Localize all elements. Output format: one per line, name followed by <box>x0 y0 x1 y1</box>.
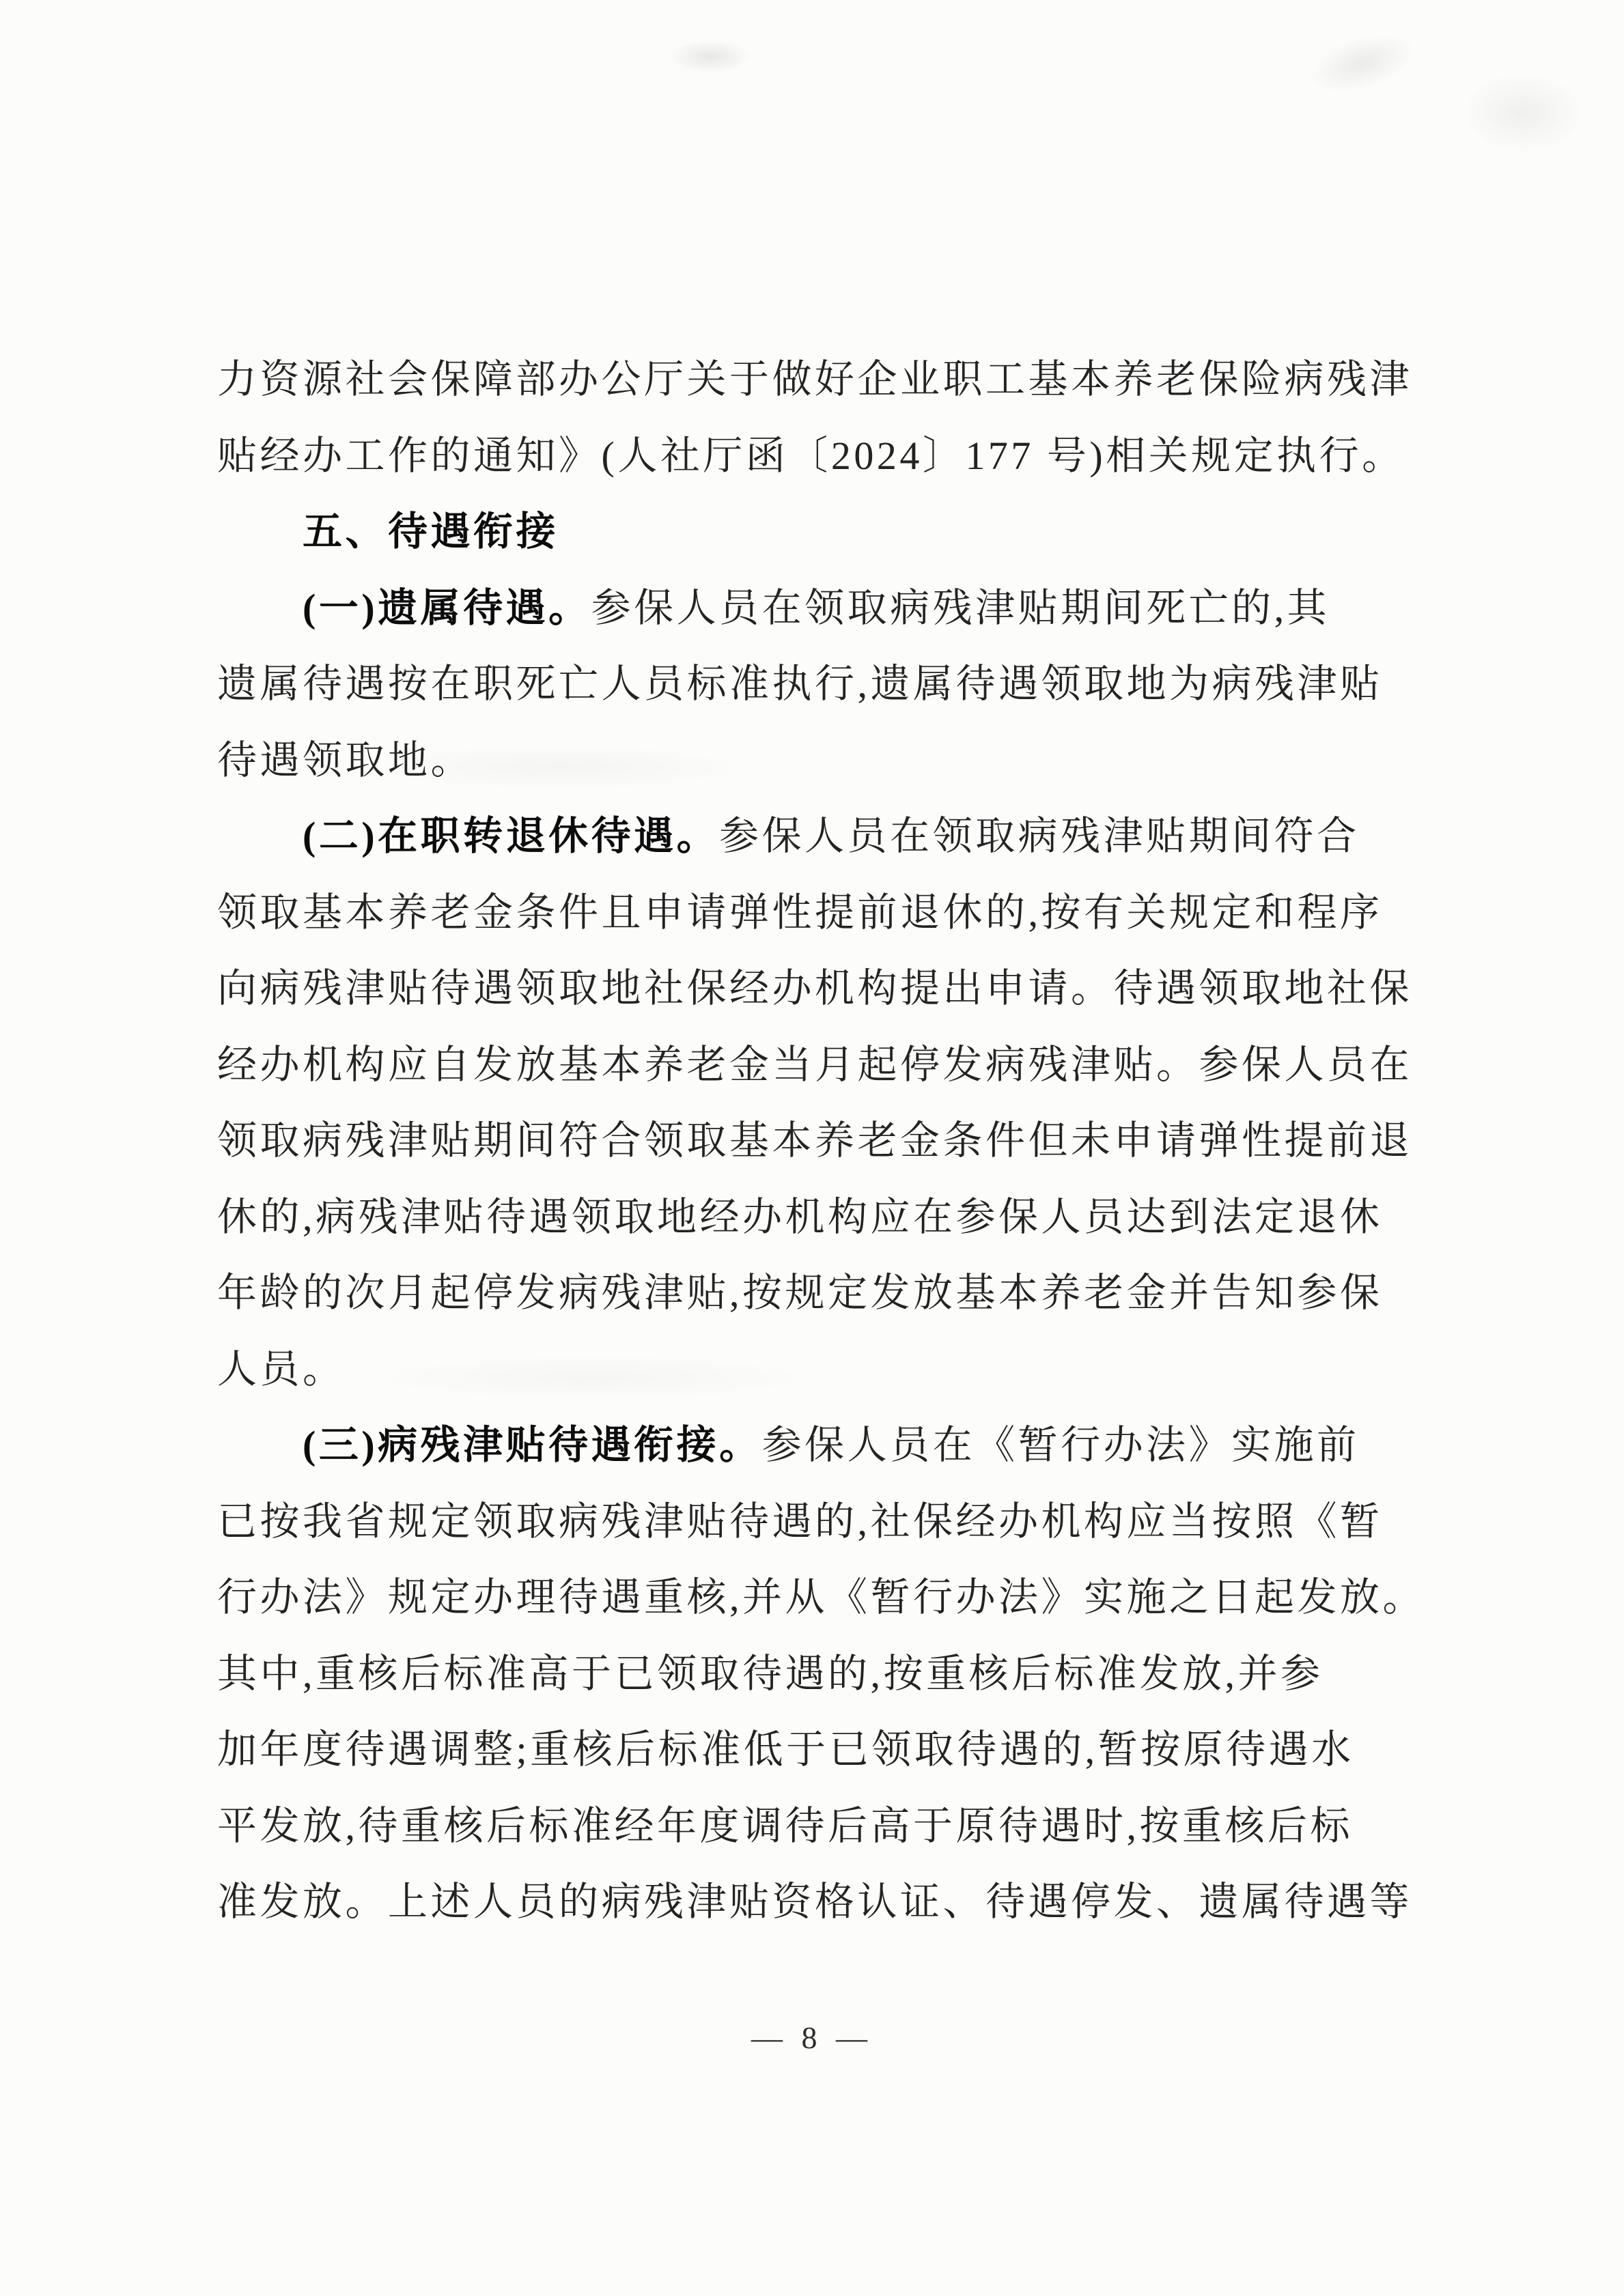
text-line: (三)病残津贴待遇衔接。参保人员在《暂行办法》实施前 <box>217 1407 1440 1484</box>
text-line: 平发放,待重核后标准经年度调待后高于原待遇时,按重核后标 <box>217 1788 1440 1865</box>
text-segment: 参保人员在领取病残津贴期间死亡的,其 <box>591 586 1330 630</box>
text-line: 休的,病残津贴待遇领取地经办机构应在参保人员达到法定退休 <box>217 1179 1440 1256</box>
text-segment: 待遇领取地。 <box>217 738 473 782</box>
text-segment: 加年度待遇调整;重核后标准低于已领取待遇的,暂按原待遇水 <box>217 1727 1354 1772</box>
text-segment: 遗属待遇按在职死亡人员标准执行,遗属待遇领取地为病残津贴 <box>217 662 1383 706</box>
text-line: 人员。 <box>217 1331 1440 1408</box>
text-line: 向病残津贴待遇领取地社保经办机构提出申请。待遇领取地社保 <box>217 950 1440 1027</box>
text-line: 年龄的次月起停发病残津贴,按规定发放基本养老金并告知参保 <box>217 1255 1440 1331</box>
heading-segment: (二)在职转退休待遇。 <box>303 814 719 858</box>
text-segment: 行办法》规定办理待遇重核,并从《暂行办法》实施之日起发放。 <box>217 1575 1425 1619</box>
text-line: 待遇领取地。 <box>217 722 1440 799</box>
text-segment: 领取病残津贴期间符合领取基本养老金条件但未申请弹性提前退 <box>217 1118 1412 1163</box>
text-segment: 经办机构应自发放基本养老金当月起停发病残津贴。参保人员在 <box>217 1043 1412 1087</box>
text-line: 领取基本养老金条件且申请弹性提前退休的,按有关规定和程序 <box>217 875 1440 951</box>
text-segment: 平发放,待重核后标准经年度调待后高于原待遇时,按重核后标 <box>217 1804 1353 1848</box>
text-line: (二)在职转退休待遇。参保人员在领取病残津贴期间符合 <box>217 798 1440 875</box>
text-segment: 向病残津贴待遇领取地社保经办机构提出申请。待遇领取地社保 <box>217 966 1412 1010</box>
text-line: 行办法》规定办理待遇重核,并从《暂行办法》实施之日起发放。 <box>217 1559 1440 1636</box>
scan-artifact <box>669 40 751 74</box>
text-line: 准发放。上述人员的病残津贴资格认证、待遇停发、遗属待遇等 <box>217 1864 1440 1940</box>
text-segment: 休的,病残津贴待遇领取地经办机构应在参保人员达到法定退休 <box>217 1195 1383 1239</box>
scan-artifact <box>1461 72 1584 154</box>
text-segment: 贴经办工作的通知》(人社厅函〔2024〕177 号)相关规定执行。 <box>217 434 1405 478</box>
text-line: (一)遗属待遇。参保人员在领取病残津贴期间死亡的,其 <box>217 570 1440 647</box>
text-line: 已按我省规定领取病残津贴待遇的,社保经办机构应当按照《暂 <box>217 1484 1440 1560</box>
text-segment: 年龄的次月起停发病残津贴,按规定发放基本养老金并告知参保 <box>217 1271 1383 1315</box>
document-lines: 力资源社会保障部办公厅关于做好企业职工基本养老保险病残津贴经办工作的通知》(人社… <box>217 341 1440 1940</box>
text-line: 贴经办工作的通知》(人社厅函〔2024〕177 号)相关规定执行。 <box>217 418 1440 494</box>
heading-segment: (一)遗属待遇。 <box>303 586 591 630</box>
heading-segment: 五、待遇衔接 <box>303 509 559 554</box>
heading-segment: (三)病残津贴待遇衔接。 <box>303 1423 762 1467</box>
text-line: 领取病残津贴期间符合领取基本养老金条件但未申请弹性提前退 <box>217 1103 1440 1179</box>
text-line: 其中,重核后标准高于已领取待遇的,按重核后标准发放,并参 <box>217 1636 1440 1712</box>
text-segment: 已按我省规定领取病残津贴待遇的,社保经办机构应当按照《暂 <box>217 1499 1383 1544</box>
text-segment: 领取基本养老金条件且申请弹性提前退休的,按有关规定和程序 <box>217 890 1383 935</box>
text-segment: 其中,重核后标准高于已领取待遇的,按重核后标准发放,并参 <box>217 1652 1324 1696</box>
text-line: 经办机构应自发放基本养老金当月起停发病残津贴。参保人员在 <box>217 1027 1440 1103</box>
text-segment: 准发放。上述人员的病残津贴资格认证、待遇停发、遗属待遇等 <box>217 1880 1412 1924</box>
page-number: — 8 — <box>0 2004 1624 2072</box>
text-line: 遗属待遇按在职死亡人员标准执行,遗属待遇领取地为病残津贴 <box>217 646 1440 722</box>
text-segment: 人员。 <box>217 1347 346 1391</box>
text-line: 加年度待遇调整;重核后标准低于已领取待遇的,暂按原待遇水 <box>217 1712 1440 1788</box>
text-segment: 力资源社会保障部办公厅关于做好企业职工基本养老保险病残津 <box>217 357 1412 401</box>
text-segment: 参保人员在《暂行办法》实施前 <box>762 1423 1360 1467</box>
scanned-document-page: 力资源社会保障部办公厅关于做好企业职工基本养老保险病残津贴经办工作的通知》(人社… <box>0 0 1624 2296</box>
scan-artifact <box>1302 22 1422 104</box>
text-segment: 参保人员在领取病残津贴期间符合 <box>719 814 1360 858</box>
text-line: 五、待遇衔接 <box>217 494 1440 570</box>
text-line: 力资源社会保障部办公厅关于做好企业职工基本养老保险病残津 <box>217 341 1440 418</box>
